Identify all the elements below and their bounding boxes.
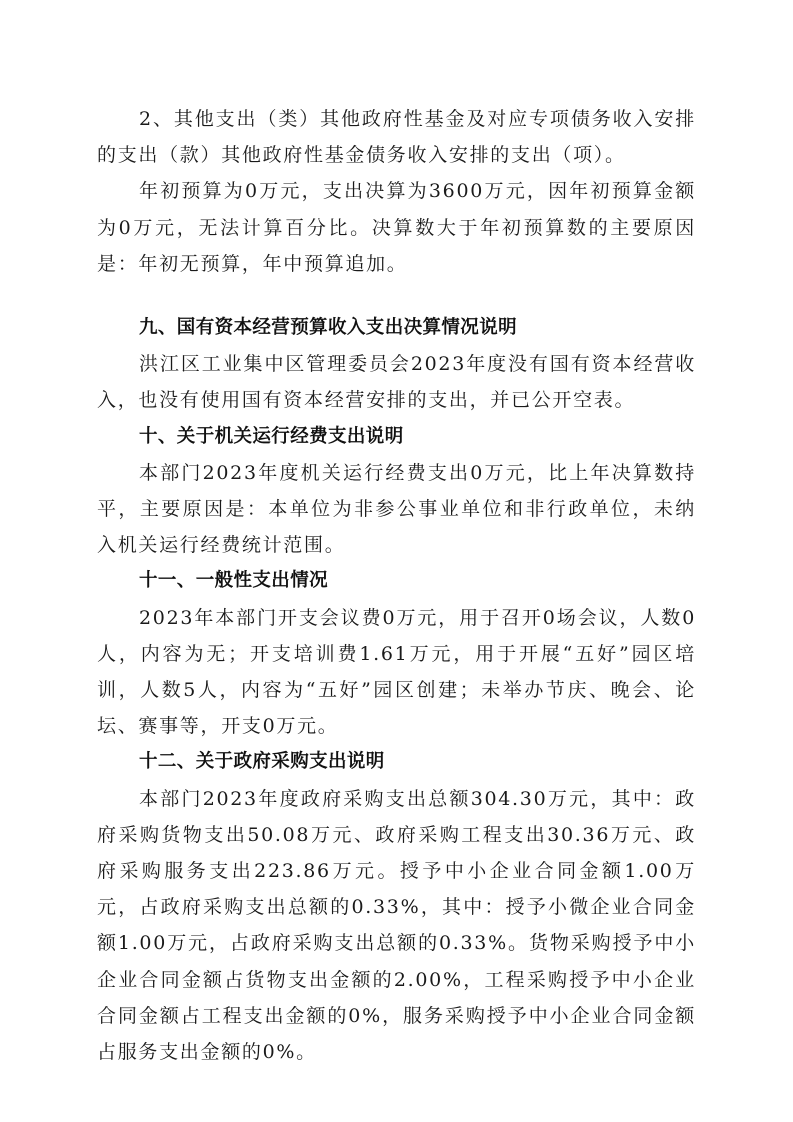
section-heading-operating-expenses: 十、关于机关运行经费支出说明: [97, 419, 696, 455]
document-page: 2、其他支出（类）其他政府性基金及对应专项债务收入安排的支出（款）其他政府性基金…: [97, 101, 696, 1070]
section-heading-general-expenditure: 十一、一般性支出情况: [97, 563, 696, 599]
section-heading-state-capital: 九、国有资本经营预算收入支出决算情况说明: [97, 310, 696, 346]
paragraph-operating-expenses: 本部门2023年度机关运行经费支出0万元，比上年决算数持平，主要原因是：本单位为…: [97, 455, 696, 564]
paragraph-other-expenditure-category: 2、其他支出（类）其他政府性基金及对应专项债务收入安排的支出（款）其他政府性基金…: [97, 101, 696, 173]
section-heading-government-procurement: 十二、关于政府采购支出说明: [97, 744, 696, 780]
paragraph-state-capital: 洪江区工业集中区管理委员会2023年度没有国有资本经营收入，也没有使用国有资本经…: [97, 346, 696, 418]
paragraph-general-expenditure: 2023年本部门开支会议费0万元，用于召开0场会议，人数0人，内容为无；开支培训…: [97, 600, 696, 745]
section-spacer: [97, 282, 696, 310]
paragraph-other-expenditure-detail: 年初预算为0万元，支出决算为3600万元，因年初预算金额为0万元，无法计算百分比…: [97, 173, 696, 282]
paragraph-government-procurement: 本部门2023年度政府采购支出总额304.30万元，其中：政府采购货物支出50.…: [97, 781, 696, 1071]
